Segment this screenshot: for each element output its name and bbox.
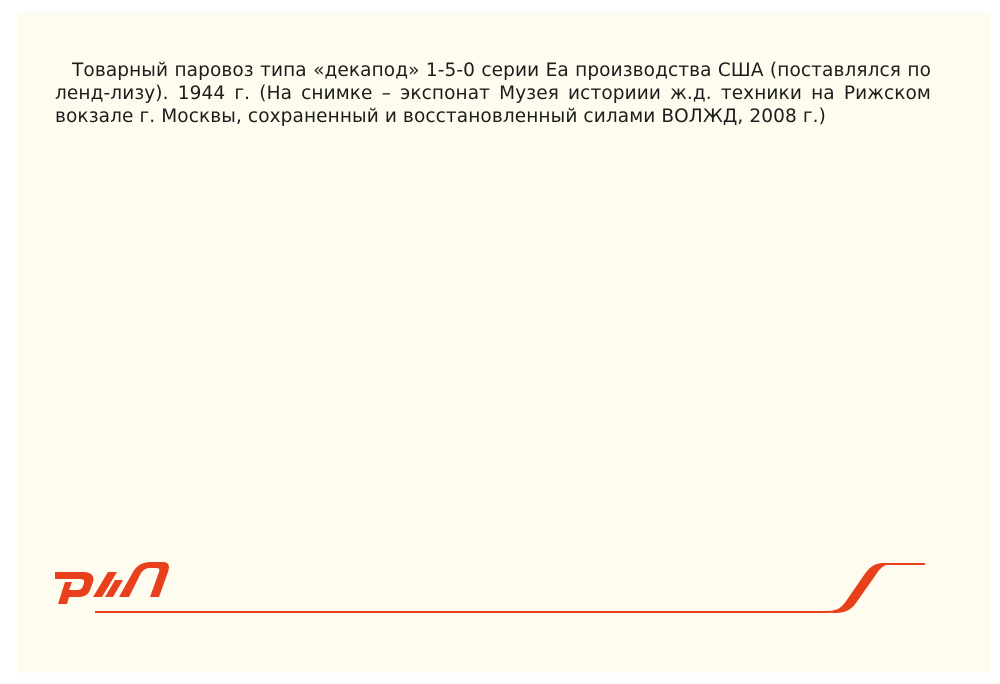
rzd-logo-icon: [53, 560, 169, 604]
photo-caption: Товарный паровоз типа «декапод» 1-5-0 се…: [55, 59, 931, 128]
caption-text: Товарный паровоз типа «декапод» 1-5-0 се…: [55, 60, 931, 127]
